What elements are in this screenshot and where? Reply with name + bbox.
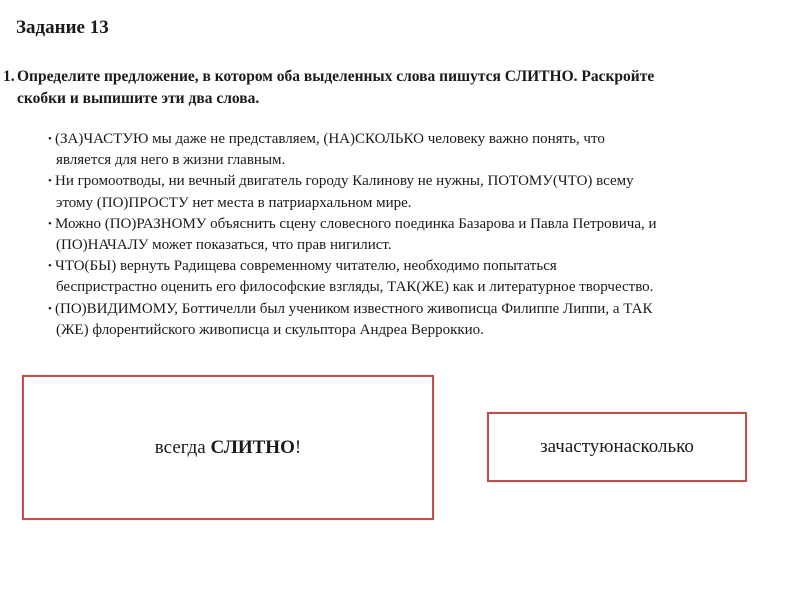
option-item: • ЧТО(БЫ) вернуть Радищева современному … <box>50 256 790 298</box>
question-line-1: Определите предложение, в котором оба вы… <box>17 68 654 85</box>
question-text: 1.Определите предложение, в котором оба … <box>3 66 793 110</box>
option-line-1: (ПО)ВИДИМОМУ, Боттичелли был учеником из… <box>55 299 790 320</box>
question-line-2: скобки и выпишите эти два слова. <box>3 88 793 110</box>
answer-box: зачастуюнасколько <box>487 412 747 482</box>
option-line-1: Ни громоотводы, ни вечный двигатель горо… <box>55 171 790 192</box>
rule-text: всегда СЛИТНО! <box>155 437 301 459</box>
option-item: • (ПО)ВИДИМОМУ, Боттичелли был учеником … <box>50 299 790 341</box>
rule-emphasis: СЛИТНО <box>210 437 294 458</box>
option-line-1: (ЗА)ЧАСТУЮ мы даже не представляем, (НА)… <box>55 129 790 150</box>
bullet-icon: • <box>48 256 52 277</box>
option-line-2: (ПО)НАЧАЛУ может показаться, что прав ни… <box>55 235 790 256</box>
question-number: 1. <box>3 66 17 88</box>
option-item: • (ЗА)ЧАСТУЮ мы даже не представляем, (Н… <box>50 129 790 171</box>
rule-prefix: всегда <box>155 437 211 458</box>
options-list: • (ЗА)ЧАСТУЮ мы даже не представляем, (Н… <box>50 129 790 341</box>
rule-box: всегда СЛИТНО! <box>22 375 434 520</box>
bullet-icon: • <box>48 171 52 192</box>
option-line-2: этому (ПО)ПРОСТУ нет места в патриархаль… <box>55 193 790 214</box>
option-line-2: беспристрастно оценить его философские в… <box>55 277 790 298</box>
bullet-icon: • <box>48 129 52 150</box>
option-line-1: ЧТО(БЫ) вернуть Радищева современному чи… <box>55 256 790 277</box>
task-title: Задание 13 <box>16 17 109 39</box>
rule-suffix: ! <box>295 437 301 458</box>
answer-text: зачастуюнасколько <box>540 436 694 458</box>
option-item: • Можно (ПО)РАЗНОМУ объяснить сцену слов… <box>50 214 790 256</box>
option-line-2: (ЖЕ) флорентийского живописца и скульпто… <box>55 320 790 341</box>
option-line-1: Можно (ПО)РАЗНОМУ объяснить сцену словес… <box>55 214 790 235</box>
bullet-icon: • <box>48 299 52 320</box>
option-line-2: является для него в жизни главным. <box>55 150 790 171</box>
option-item: • Ни громоотводы, ни вечный двигатель го… <box>50 171 790 213</box>
bullet-icon: • <box>48 214 52 235</box>
